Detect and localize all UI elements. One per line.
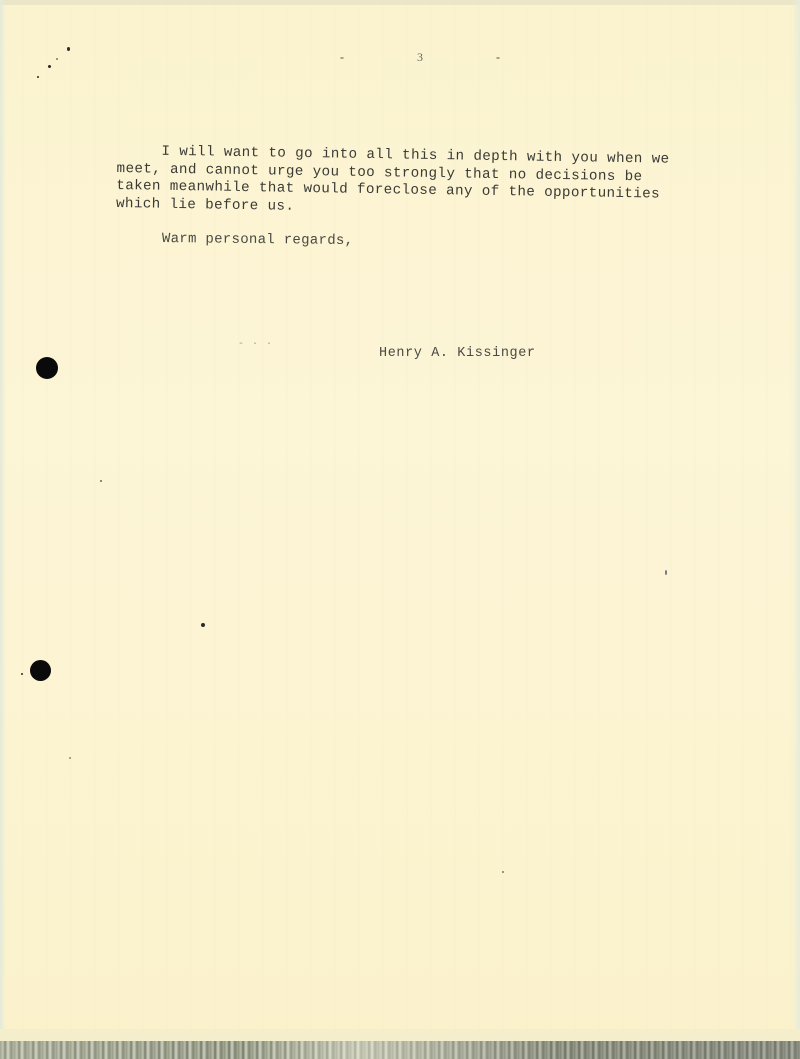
ink-speck-icon	[502, 871, 504, 873]
left-edge	[0, 0, 6, 1059]
document-page: - 3 - I will want to go into all this in…	[0, 0, 800, 1059]
punch-hole-icon	[36, 357, 58, 379]
top-edge	[0, 0, 800, 5]
page-number-header: - 3 -	[340, 50, 500, 65]
letter-body-paragraph: I will want to go into all this in depth…	[116, 143, 727, 223]
page-dash-left: -	[340, 50, 344, 65]
page-number: 3	[417, 50, 423, 65]
ink-speck-icon	[201, 623, 205, 627]
right-edge	[792, 0, 800, 1059]
page-dash-right: -	[496, 50, 500, 65]
ink-speck-icon	[48, 65, 51, 68]
scan-edge-strip	[0, 1041, 800, 1059]
ink-speck-icon	[100, 480, 102, 482]
bottom-margin	[0, 1029, 800, 1041]
ink-speck-icon	[69, 757, 71, 759]
letter-closing: Warm personal regards,	[162, 231, 354, 249]
signature-name: Henry A. Kissinger	[379, 346, 536, 361]
ink-speck-icon	[21, 673, 23, 675]
ink-speck-icon	[37, 76, 39, 78]
signature-marks: - · ·	[238, 339, 273, 350]
ink-speck-icon	[665, 570, 667, 575]
punch-hole-icon	[30, 660, 51, 681]
ink-speck-icon	[56, 58, 58, 60]
ink-speck-icon	[67, 47, 70, 51]
